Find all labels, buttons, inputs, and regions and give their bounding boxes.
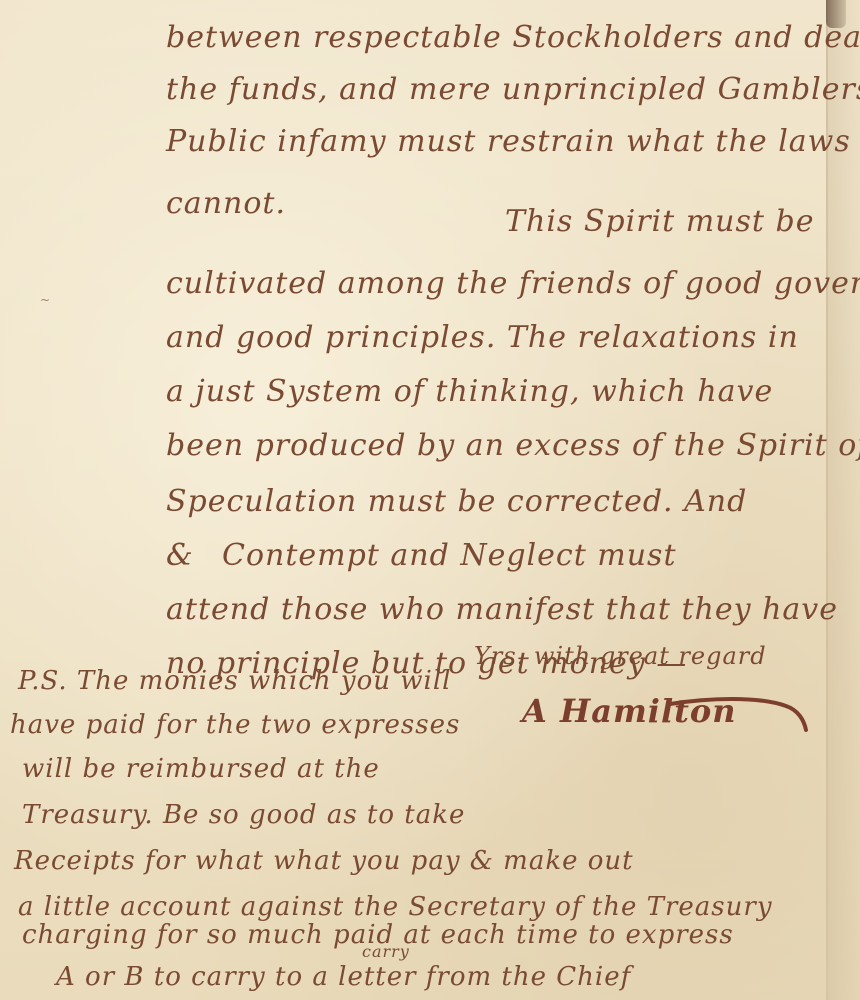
ps-line-6: a little account against the Secretary o… [18, 892, 773, 922]
ps-line-3: will be reimbursed at the [22, 754, 380, 784]
closing: Yrs. with great regard [474, 642, 767, 670]
ps-line-5: Receipts for what what you pay & make ou… [14, 846, 634, 876]
body-line-2: the funds, and mere unprincipled Gambler… [166, 72, 860, 107]
inserted-word: carry [362, 942, 410, 961]
stray-ink-mark: ~ [40, 296, 66, 304]
ps-line-8: A or B to carry to a letter from the Chi… [56, 962, 631, 992]
body-line-4: cannot. [166, 186, 286, 221]
ps-line-4: Treasury. Be so good as to take [22, 800, 465, 830]
ps-line-2: have paid for the two expresses [10, 710, 460, 740]
body-line-8: a just System of thinking, which have [166, 374, 773, 409]
body-line-10: Speculation must be corrected. And [166, 484, 747, 519]
ps-line-1: P.S. The monies which you will [18, 666, 451, 696]
body-line-11: Contempt and Neglect must [222, 538, 677, 573]
signature-flourish [668, 696, 808, 732]
body-line-1: between respectable Stockholders and dea… [166, 20, 860, 55]
margin-mark: & [166, 538, 194, 573]
body-line-3: Public infamy must restrain what the law… [166, 124, 851, 159]
body-line-12: attend those who manifest that they have [166, 592, 838, 627]
body-line-7: and good principles. The relaxations in [166, 320, 799, 355]
body-line-9: been produced by an excess of the Spirit… [166, 428, 860, 463]
body-line-5: This Spirit must be [505, 204, 814, 239]
body-line-6: cultivated among the friends of good gov… [166, 266, 860, 301]
